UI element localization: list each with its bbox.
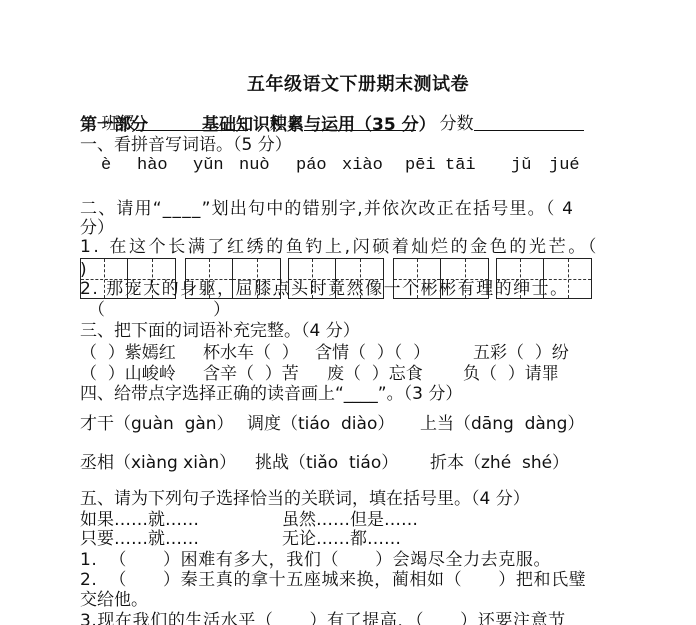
idiom-blank[interactable]: （ ）紫嫣红 xyxy=(80,343,176,363)
score-blank[interactable] xyxy=(474,114,584,131)
conjunction-option: 虽然……但是…… xyxy=(282,510,418,530)
page-title: 五年级语文下册期末测试卷 xyxy=(247,75,469,95)
pinyin-item: jué xyxy=(549,156,580,176)
conjunction-sentence[interactable]: 3.现在我们的生活水平（ ）有了提高，（ ）还要注意节 xyxy=(80,611,566,625)
pinyin-item: pēi xyxy=(405,156,436,176)
conjunction-option: 如果……就…… xyxy=(80,510,199,530)
section3-title: 三、把下面的词语补充完整。（4 分） xyxy=(80,321,360,341)
conjunction-option: 无论……都…… xyxy=(282,529,401,549)
section4-title: 四、给带点字选择正确的读音画上“____”。（3 分） xyxy=(80,384,462,404)
section2-answer-parens[interactable]: （ ） xyxy=(88,300,230,320)
pinyin-item: è xyxy=(101,156,111,176)
section2-question-2: 2. 那宠大的身躯，屈膝点头时竟然像一个彬彬有理的绅士。 xyxy=(80,279,569,299)
pronunciation-choice[interactable]: 才干（guàn gàn） xyxy=(80,414,234,434)
idiom-blank[interactable]: 负（ ）请罪 xyxy=(463,364,559,384)
conjunction-option: 只要……就…… xyxy=(80,529,199,549)
section1-title: 一、看拼音写词语。（5 分） xyxy=(80,135,292,155)
section2-title: 二、请用“____”划出句中的错别字,并依次改正在括号里。（ 4 xyxy=(80,199,574,219)
score-label: 分数 xyxy=(440,114,474,134)
pronunciation-choice[interactable]: 上当（dāng dàng） xyxy=(420,414,584,434)
pronunciation-choice[interactable]: 折本（zhé shé） xyxy=(430,453,569,473)
pinyin-item: xiào xyxy=(342,156,383,176)
part1-label: 第一部分 xyxy=(80,115,148,135)
conjunction-sentence[interactable]: 2. （ ）秦王真的拿十五座城来换，蔺相如（ ）把和氏璧 xyxy=(80,570,586,590)
section2-title-cont: 分） xyxy=(80,218,114,238)
idiom-blank[interactable]: 废（ ）忘食 xyxy=(327,364,423,384)
name-field: 姓名 xyxy=(248,94,416,114)
pinyin-item: jǔ xyxy=(511,156,531,176)
pinyin-item: tāi xyxy=(445,156,476,176)
class-field: 班级 xyxy=(80,94,248,114)
pronunciation-choice[interactable]: 挑战（tiǎo tiáo） xyxy=(255,453,398,473)
pinyin-item: nuò xyxy=(239,156,270,176)
section2-question-1-close: ) xyxy=(80,260,87,280)
pronunciation-choice[interactable]: 丞相（xiàng xiàn） xyxy=(80,453,236,473)
idiom-blank[interactable]: 含情（ ）（ ） xyxy=(315,343,430,363)
pronunciation-choice[interactable]: 调度（tiáo diào） xyxy=(247,414,394,434)
idiom-blank[interactable]: （ ）山峻岭 xyxy=(80,364,176,384)
score-field: 分数 xyxy=(418,94,584,114)
idiom-blank[interactable]: 五彩（ ）纷 xyxy=(473,343,569,363)
idiom-blank[interactable]: 杯水车（ ） xyxy=(203,343,299,363)
pinyin-item: yǔn xyxy=(193,156,224,176)
part1-title: 基础知识积累与运用（35 分） xyxy=(202,115,436,135)
conjunction-sentence[interactable]: 1. （ ）困难有多大，我们（ ）会竭尽全力去克服。 xyxy=(80,550,551,570)
conjunction-sentence-cont: 交给他。 xyxy=(80,590,148,610)
idiom-blank[interactable]: 含辛（ ）苦 xyxy=(203,364,299,384)
pinyin-item: hào xyxy=(137,156,168,176)
section5-title: 五、请为下列句子选择恰当的关联词，填在括号里。（4 分） xyxy=(80,489,530,509)
pinyin-item: páo xyxy=(296,156,327,176)
exam-page: 五年级语文下册期末测试卷 班级 姓名 分数 第一部分 基础知识积累与运用（35 … xyxy=(0,0,696,625)
section2-question-1: 1. 在这个长满了红绣的鱼钓上,闪硕着灿烂的金色的光芒。（ xyxy=(80,237,599,257)
